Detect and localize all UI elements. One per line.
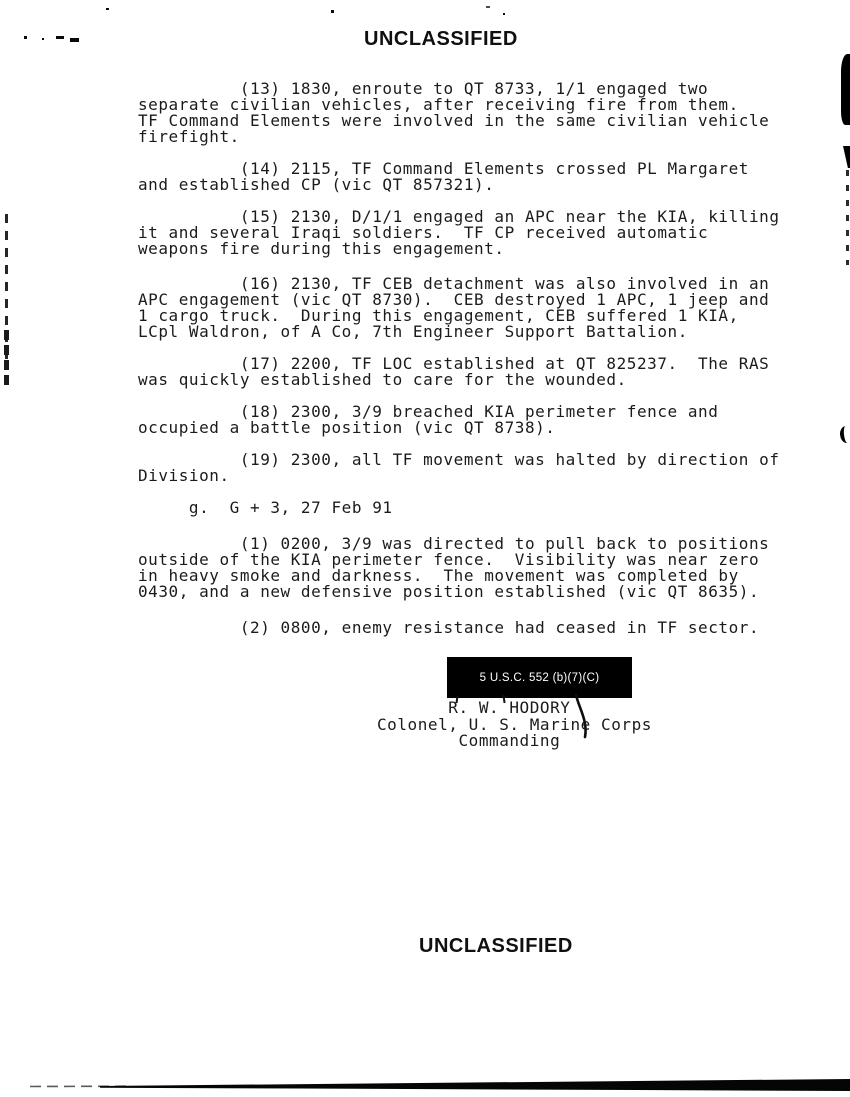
scan-dashed-line-left <box>4 330 9 388</box>
scan-crescent-mark <box>839 425 850 443</box>
scan-speck <box>486 6 490 8</box>
scan-blotch-right <box>841 54 850 125</box>
classification-footer: UNCLASSIFIED <box>419 935 573 958</box>
scan-blotch-right <box>843 146 850 168</box>
paragraph-18: (18) 2300, 3/9 breached KIA perimeter fe… <box>138 404 828 436</box>
paragraph-g1: (1) 0200, 3/9 was directed to pull back … <box>138 536 828 600</box>
scan-dot <box>42 38 44 40</box>
scan-dash <box>70 38 79 42</box>
scan-speck <box>106 8 109 10</box>
scan-bottom-bar <box>0 1078 850 1094</box>
subparagraph-g-heading: g. G + 3, 27 Feb 91 <box>138 500 828 516</box>
scan-dash <box>56 36 64 39</box>
paragraph-19: (19) 2300, all TF movement was halted by… <box>138 452 828 484</box>
scan-dashed-line-right <box>846 170 849 265</box>
redaction-box: 5 U.S.C. 552 (b)(7)(C) <box>447 657 632 698</box>
paragraph-17: (17) 2200, TF LOC established at QT 8252… <box>138 356 828 388</box>
classification-header: UNCLASSIFIED <box>364 28 518 51</box>
paragraph-14: (14) 2115, TF Command Elements crossed P… <box>138 161 828 193</box>
paragraph-13: (13) 1830, enroute to QT 8733, 1/1 engag… <box>138 81 828 145</box>
paragraph-15: (15) 2130, D/1/1 engaged an APC near the… <box>138 209 828 257</box>
scan-speck <box>331 10 334 13</box>
redaction-label: 5 U.S.C. 552 (b)(7)(C) <box>480 672 600 684</box>
scanned-document-page: UNCLASSIFIED (13) 1830, enroute to QT 87… <box>0 0 850 1097</box>
scan-dot <box>24 36 27 39</box>
paragraph-16: (16) 2130, TF CEB detachment was also in… <box>138 276 828 340</box>
scan-speck <box>503 13 505 15</box>
document-body: (13) 1830, enroute to QT 8733, 1/1 engag… <box>138 81 828 652</box>
signature-block: R. W. HODORY Colonel, U. S. Marine Corps… <box>377 700 652 750</box>
paragraph-g2: (2) 0800, enemy resistance had ceased in… <box>138 620 828 636</box>
